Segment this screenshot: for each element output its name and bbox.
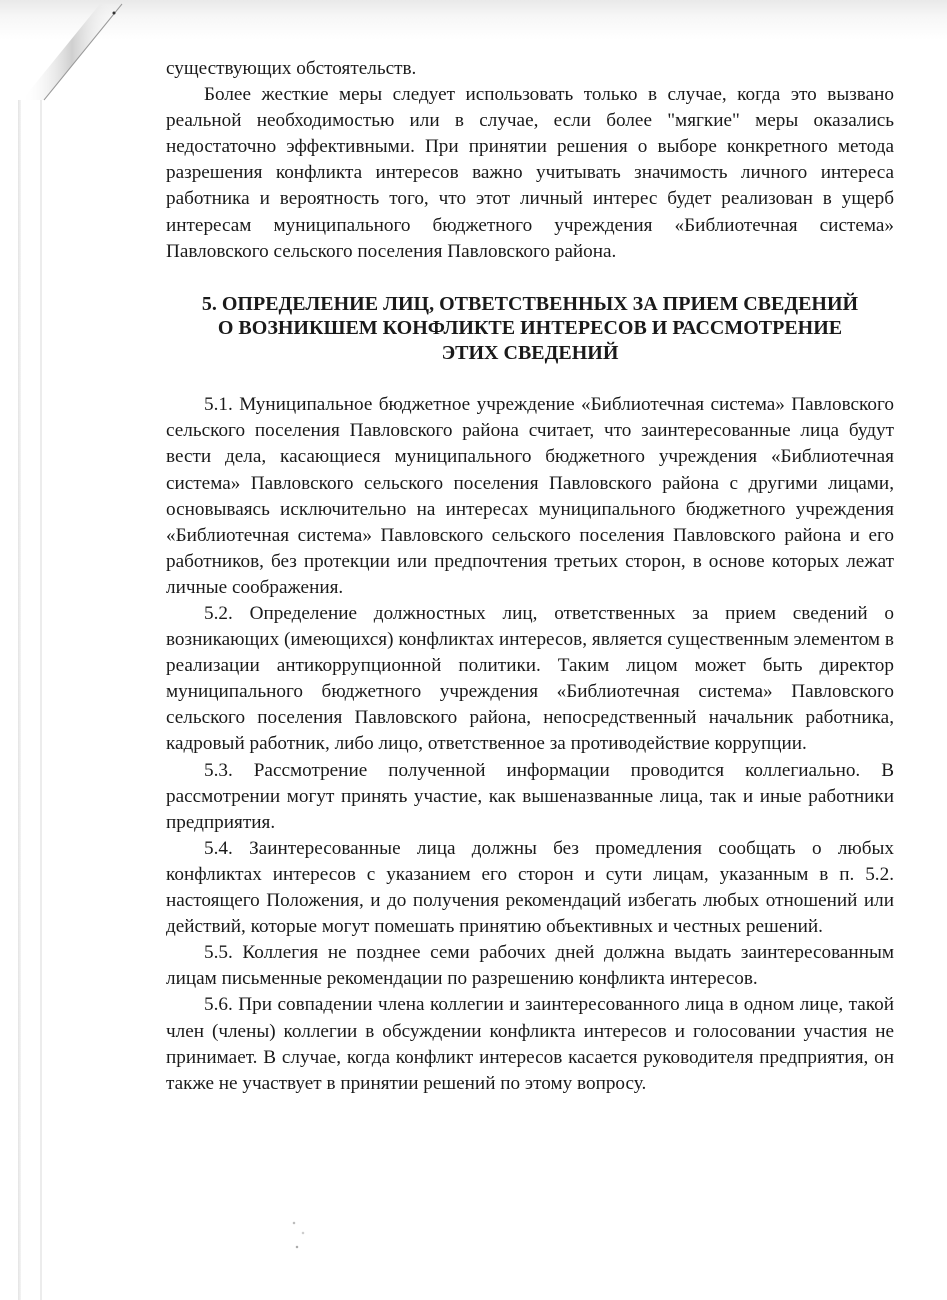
paragraph-harsh-measures: Более жесткие меры следует использовать … — [166, 82, 894, 265]
clause-5-5: 5.5. Коллегия не позднее семи рабочих дн… — [166, 940, 894, 992]
clause-5-4: 5.4. Заинтересованные лица должны без пр… — [166, 836, 894, 940]
page-edge-shadow — [18, 100, 21, 1300]
clause-5-2: 5.2. Определение должностных лиц, ответс… — [166, 601, 894, 758]
page-edge-line — [40, 100, 42, 1300]
paragraph-continuation: существующих обстоятельств. — [166, 56, 894, 82]
scan-top-shadow — [0, 0, 947, 40]
clause-5-3: 5.3. Рассмотрение полученной информации … — [166, 758, 894, 836]
document-page: существующих обстоятельств. Более жестки… — [166, 56, 894, 1097]
folded-corner-shadow — [0, 0, 140, 1300]
clause-5-1: 5.1. Муниципальное бюджетное учреждение … — [166, 392, 894, 601]
clause-5-6: 5.6. При совпадении члена коллегии и заи… — [166, 992, 894, 1096]
scan-specks — [285, 1215, 315, 1255]
section-heading: 5. ОПРЕДЕЛЕНИЕ ЛИЦ, ОТВЕТСТВЕННЫХ ЗА ПРИ… — [166, 292, 894, 366]
